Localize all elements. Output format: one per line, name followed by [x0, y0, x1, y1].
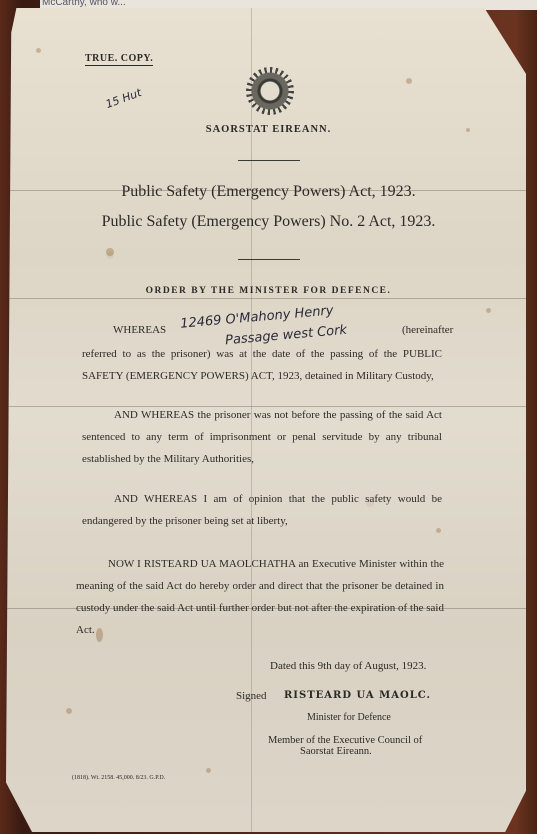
state-name: SAORSTAT EIREANN.: [0, 124, 537, 135]
order-heading: ORDER BY THE MINISTER FOR DEFENCE.: [0, 286, 537, 296]
paragraph-1: referred to as the prisoner) was at the …: [82, 343, 442, 387]
paragraph-4: NOW I RISTEARD UA MAOLCHATHA an Executiv…: [76, 553, 444, 641]
clipping-text: McCarthy, who w...: [42, 0, 126, 8]
paragraph-2: AND WHEREAS the prisoner was not before …: [82, 404, 442, 470]
state-title: Saorstat Eireann.: [300, 746, 372, 757]
divider: [238, 160, 300, 161]
signed-label: Signed: [236, 690, 267, 702]
hereinafter-text: (hereinafter: [402, 324, 453, 336]
act-title-2: Public Safety (Emergency Powers) No. 2 A…: [0, 213, 537, 231]
minister-title: Minister for Defence: [307, 712, 391, 723]
true-copy-label: TRUE. COPY.: [85, 53, 153, 66]
paragraph-3: AND WHEREAS I am of opinion that the pub…: [82, 488, 442, 532]
irish-army-crest-icon: [246, 67, 294, 115]
act-title-1: Public Safety (Emergency Powers) Act, 19…: [0, 183, 537, 201]
whereas-label: WHEREAS: [113, 324, 166, 336]
date-line: Dated this 9th day of August, 1923.: [270, 660, 426, 672]
print-code: (1818). Wt. 2158. 45,000. 8/23. G.P.D.: [72, 775, 165, 781]
council-title: Member of the Executive Council of: [268, 735, 422, 746]
divider: [238, 259, 300, 260]
signature: RISTEARD UA MAOLC.: [284, 690, 431, 701]
